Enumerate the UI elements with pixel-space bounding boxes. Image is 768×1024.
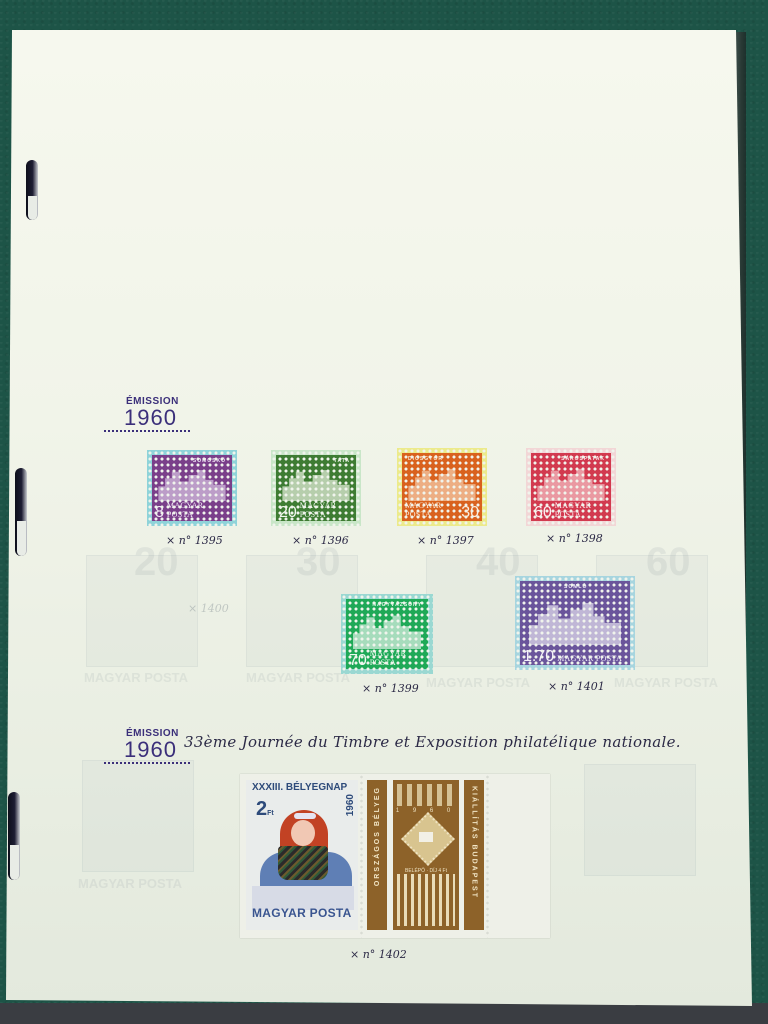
label-text-right: KIÁLLÍTÁS BUDAPEST: [464, 780, 484, 930]
stamp-1397: DIÓSGYŐR 30MAGYAR POSTA: [397, 448, 487, 526]
envelope-icon: [419, 832, 433, 842]
sheet-margin: [490, 780, 544, 930]
catalog-note-1398: × n° 1398: [546, 532, 603, 545]
stamp-town: NAGYVÁZSONY: [372, 602, 422, 608]
exhibition-label: 1 9 6 0 BELÉPŐ · DÍJ 4 Ft: [393, 780, 459, 930]
stamp-country: MAGYAR POSTA: [557, 654, 622, 664]
binder-hole-top: [26, 160, 38, 220]
stamp-header: XXXIII. BÉLYEGNAP: [252, 782, 347, 793]
emission-stamp-2: ÉMISSION 1960: [104, 728, 190, 764]
ghost-text: MAGYAR POSTA: [246, 670, 350, 685]
emission-year: 1960: [124, 739, 190, 761]
ghost-text: MAGYAR POSTA: [614, 675, 718, 690]
ghost-text: MAGYAR POSTA: [426, 675, 530, 690]
ghost-value: 40: [476, 540, 521, 585]
catalog-note-1396: × n° 1396: [292, 534, 349, 547]
stamp-1398: SÁROSPATAK 60MAGYAR POSTA: [526, 448, 616, 526]
stamp-value: 2Ft: [256, 798, 274, 821]
stamp-1395: SOMOSKŐ 8MAGYAR POSTA: [147, 450, 237, 526]
stamp-value: 70: [349, 653, 367, 668]
catalog-note-1401: × n° 1401: [548, 680, 605, 693]
emission-stamp-1: ÉMISSION 1960: [104, 396, 190, 432]
emission-dotted-line: [104, 762, 190, 764]
emission-year: 1960: [124, 407, 190, 429]
binder-hole-middle: [15, 468, 27, 556]
stamp-value: 20: [279, 505, 297, 520]
stamp-1401: SOMLÓ 1.70MAGYAR POSTA: [515, 576, 635, 670]
emission-dotted-line: [104, 430, 190, 432]
stamp-value: 8: [155, 505, 164, 520]
stamp-year: 1960: [345, 794, 356, 816]
ghost-text: MAGYAR POSTA: [84, 670, 188, 685]
stamp-1399: NAGYVÁZSONY 70MAGYAR POSTA: [341, 594, 433, 674]
stamp-country: MAGYAR POSTA: [252, 906, 352, 920]
ghost-stamp: [584, 764, 696, 876]
catalog-note-1395: × n° 1395: [166, 534, 223, 547]
stamp-value: 30: [461, 505, 479, 520]
album-page: 20 30 40 60 MAGYAR POSTA MAGYAR POSTA MA…: [6, 30, 752, 1006]
stamp-town: DIÓSGYŐR: [408, 456, 443, 462]
stamp-value: 60: [534, 505, 552, 520]
stamp-town: TATA: [334, 458, 350, 464]
catalog-note-1402: × n° 1402: [350, 948, 407, 961]
ghost-value: 60: [646, 540, 691, 585]
bar-ornament: [397, 874, 455, 926]
stamp-town: SÁROSPATAK: [561, 456, 605, 462]
ghost-stamp: [82, 760, 194, 872]
label-text-left: ORSZÁGOS BÉLYEG: [367, 780, 387, 930]
flower-ornament: [397, 784, 455, 806]
binder-hole-bottom: [8, 792, 20, 880]
catalog-note-1397: × n° 1397: [417, 534, 474, 547]
ghost-text: MAGYAR POSTA: [78, 876, 182, 891]
catalog-note-1399: × n° 1399: [362, 682, 419, 695]
table-edge: [0, 1003, 768, 1024]
stamp-town: SOMLÓ: [564, 584, 587, 590]
stamp-1396: TATA 20MAGYAR POSTA: [271, 450, 361, 526]
issue-description: 33ème Journée du Timbre et Exposition ph…: [184, 733, 681, 751]
stamp-block-1402: XXXIII. BÉLYEGNAP 2Ft 1960 MAGYAR POSTA …: [240, 774, 550, 938]
stamp-town: SOMOSKŐ: [193, 458, 226, 464]
stamp-value: 1.70: [523, 649, 554, 664]
ghost-catalog-note: × 1400: [188, 602, 229, 615]
stamp-belyegnap: XXXIII. BÉLYEGNAP 2Ft 1960 MAGYAR POSTA: [246, 780, 358, 930]
